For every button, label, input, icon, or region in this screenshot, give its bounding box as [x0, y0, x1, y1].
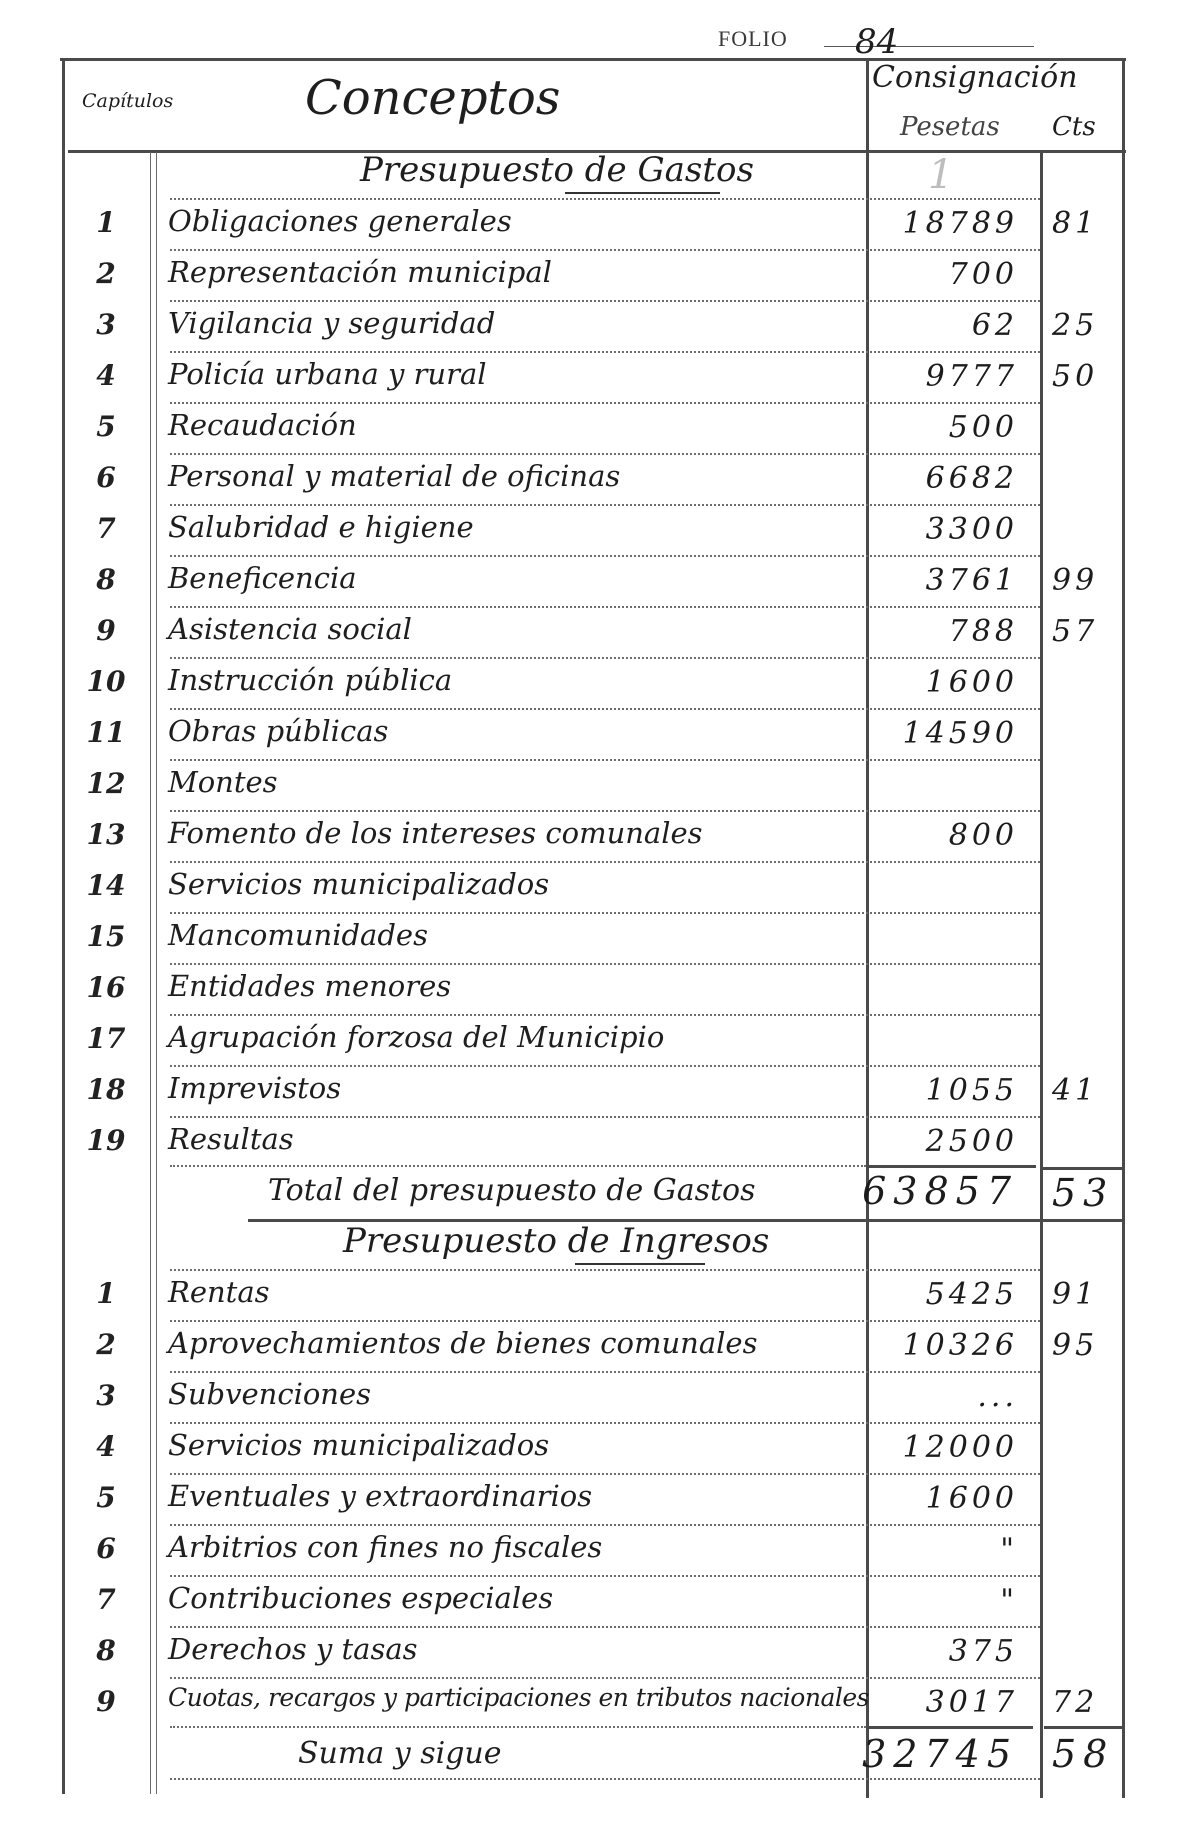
row-rule	[170, 1726, 866, 1728]
row-rule	[170, 402, 1040, 404]
section-title-underline	[575, 1263, 705, 1265]
concepto-text: Representación municipal	[168, 255, 552, 289]
capitulo-number: 2	[76, 1328, 136, 1361]
table-left-border	[62, 58, 65, 1794]
capitulo-number: 1	[76, 1277, 136, 1310]
suma-centimos: 58	[1052, 1732, 1114, 1776]
centimos-value: 41	[1052, 1073, 1098, 1108]
suma-pesetas: 32745	[858, 1732, 1018, 1776]
row-rule	[170, 1269, 1040, 1271]
capitulo-number: 14	[76, 869, 136, 902]
capitulo-number: 8	[76, 563, 136, 596]
pesetas-value: 12000	[858, 1430, 1018, 1465]
pesetas-value: 1600	[858, 665, 1018, 700]
capitulo-divider-a	[150, 152, 151, 1794]
row-rule	[170, 1524, 1040, 1526]
row-rule	[170, 657, 1040, 659]
row-rule	[170, 1116, 1040, 1118]
capitulo-number: 16	[76, 971, 136, 1004]
row-rule	[170, 963, 1040, 965]
pesetas-value: ...	[858, 1379, 1018, 1414]
section-title-ingresos: Presupuesto de Ingresos	[343, 1221, 769, 1261]
concepto-text: Instrucción pública	[168, 663, 452, 697]
row-rule	[170, 351, 1040, 353]
total-gastos-label: Total del presupuesto de Gastos	[268, 1173, 756, 1208]
row-rule	[170, 300, 1040, 302]
concepto-text: Contribuciones especiales	[168, 1581, 553, 1615]
pesetas-value: 14590	[858, 716, 1018, 751]
concepto-text: Obligaciones generales	[168, 204, 512, 238]
row-rule	[170, 504, 1040, 506]
concepto-text: Aprovechamientos de bienes comunales	[168, 1326, 757, 1360]
capitulo-number: 13	[76, 818, 136, 851]
row-rule	[170, 1065, 1040, 1067]
capitulo-number: 6	[76, 1532, 136, 1565]
concepto-text: Montes	[168, 765, 278, 799]
pencil-mark: 1	[928, 152, 953, 198]
row-rule	[170, 1165, 866, 1167]
concepto-text: Vigilancia y seguridad	[168, 306, 495, 340]
capitulo-number: 5	[76, 1481, 136, 1514]
pesetas-value: "	[858, 1532, 1018, 1567]
folio-label: FOLIO	[718, 26, 788, 52]
concepto-text: Rentas	[168, 1275, 270, 1309]
pesetas-value: 375	[858, 1634, 1018, 1669]
concepto-text: Beneficencia	[168, 561, 357, 595]
suma-y-sigue-label: Suma y sigue	[298, 1736, 502, 1771]
pesetas-value: 1055	[858, 1073, 1018, 1108]
row-rule	[170, 198, 1040, 200]
centimos-value: 81	[1052, 206, 1098, 241]
concepto-text: Fomento de los intereses comunales	[168, 816, 703, 850]
header-consignacion: Consignación	[872, 60, 1078, 95]
concepto-text: Salubridad e higiene	[168, 510, 474, 544]
header-capitulos: Capítulos	[82, 90, 173, 112]
capitulo-number: 19	[76, 1124, 136, 1157]
capitulo-number: 7	[76, 512, 136, 545]
row-rule	[170, 249, 1040, 251]
pesetas-value: 788	[858, 614, 1018, 649]
row-rule	[170, 1575, 1040, 1577]
concepto-text: Cuotas, recargos y participaciones en tr…	[168, 1683, 869, 1712]
section-title-gastos: Presupuesto de Gastos	[360, 150, 754, 190]
pesetas-value: 500	[858, 410, 1018, 445]
pesetas-value: 800	[858, 818, 1018, 853]
centimos-value: 50	[1052, 359, 1098, 394]
pesetas-value: 10326	[858, 1328, 1018, 1363]
capitulo-number: 18	[76, 1073, 136, 1106]
row-rule	[170, 453, 1040, 455]
centimos-value: 91	[1052, 1277, 1098, 1312]
capitulo-number: 3	[76, 1379, 136, 1412]
row-rule	[170, 759, 1040, 761]
total-gastos-centimos: 53	[1052, 1171, 1114, 1215]
row-rule	[170, 1677, 1040, 1679]
pesetas-value: 2500	[858, 1124, 1018, 1159]
capitulo-number: 11	[76, 716, 136, 749]
row-rule	[170, 555, 1040, 557]
concepto-text: Mancomunidades	[168, 918, 428, 952]
row-rule	[170, 1473, 1040, 1475]
row-rule	[170, 810, 1040, 812]
concepto-text: Obras públicas	[168, 714, 388, 748]
capitulo-number: 7	[76, 1583, 136, 1616]
row-rule	[170, 1626, 1040, 1628]
concepto-text: Entidades menores	[168, 969, 451, 1003]
concepto-text: Asistencia social	[168, 612, 412, 646]
concepto-text: Derechos y tasas	[168, 1632, 418, 1666]
capitulo-number: 15	[76, 920, 136, 953]
capitulo-number: 5	[76, 410, 136, 443]
pesetas-value: 62	[858, 308, 1018, 343]
folio-number: 84	[855, 22, 898, 62]
concepto-text: Servicios municipalizados	[168, 1428, 549, 1462]
row-rule	[170, 1422, 1040, 1424]
concepto-text: Eventuales y extraordinarios	[168, 1479, 592, 1513]
centimos-value: 57	[1052, 614, 1098, 649]
total-top-rule	[868, 1165, 1036, 1168]
concepto-text: Subvenciones	[168, 1377, 371, 1411]
row-rule	[170, 606, 1040, 608]
pesetas-value: 18789	[858, 206, 1018, 241]
pesetas-value: 9777	[858, 359, 1018, 394]
capitulo-number: 10	[76, 665, 136, 698]
total-top-rule-cts	[1042, 1167, 1124, 1170]
capitulo-number: 9	[76, 1685, 136, 1718]
concepto-text: Arbitrios con fines no fiscales	[168, 1530, 602, 1564]
row-rule	[170, 708, 1040, 710]
pesetas-value: 3761	[858, 563, 1018, 598]
concepto-text: Recaudación	[168, 408, 357, 442]
centimos-column-border	[1040, 150, 1043, 1798]
suma-top-rule-cts	[1044, 1726, 1124, 1729]
centimos-value: 95	[1052, 1328, 1098, 1363]
capitulo-divider-b	[156, 152, 157, 1794]
capitulo-number: 3	[76, 308, 136, 341]
row-rule	[170, 912, 1040, 914]
concepto-text: Resultas	[168, 1122, 294, 1156]
capitulo-number: 9	[76, 614, 136, 647]
header-pesetas: Pesetas	[900, 112, 1000, 142]
concepto-text: Personal y material de oficinas	[168, 459, 620, 493]
row-rule	[170, 861, 1040, 863]
section-title-underline	[565, 192, 720, 194]
row-rule	[170, 1371, 1040, 1373]
centimos-value: 25	[1052, 308, 1098, 343]
pesetas-value: 5425	[858, 1277, 1018, 1312]
capitulo-number: 1	[76, 206, 136, 239]
capitulo-number: 2	[76, 257, 136, 290]
pesetas-value: 1600	[858, 1481, 1018, 1516]
pesetas-value: 3017	[858, 1685, 1018, 1720]
capitulo-number: 6	[76, 461, 136, 494]
header-centimos: Cts	[1052, 112, 1096, 142]
total-gastos-pesetas: 63857	[858, 1169, 1018, 1213]
capitulo-number: 4	[76, 1430, 136, 1463]
row-rule	[170, 1320, 1040, 1322]
pesetas-value: 700	[858, 257, 1018, 292]
row-rule	[170, 1778, 1040, 1780]
concepto-text: Agrupación forzosa del Municipio	[168, 1020, 664, 1054]
concepto-text: Servicios municipalizados	[168, 867, 549, 901]
capitulo-number: 12	[76, 767, 136, 800]
table-right-border	[1122, 58, 1125, 1798]
capitulo-number: 17	[76, 1022, 136, 1055]
centimos-value: 99	[1052, 563, 1098, 598]
centimos-value: 72	[1052, 1685, 1098, 1720]
pesetas-value: 3300	[858, 512, 1018, 547]
concepto-text: Imprevistos	[168, 1071, 341, 1105]
capitulo-number: 4	[76, 359, 136, 392]
concepto-text: Policía urbana y rural	[168, 357, 487, 391]
header-conceptos: Conceptos	[305, 70, 560, 126]
pesetas-value: "	[858, 1583, 1018, 1618]
pesetas-value: 6682	[858, 461, 1018, 496]
capitulo-number: 8	[76, 1634, 136, 1667]
suma-top-rule	[868, 1726, 1033, 1729]
row-rule	[170, 1014, 1040, 1016]
